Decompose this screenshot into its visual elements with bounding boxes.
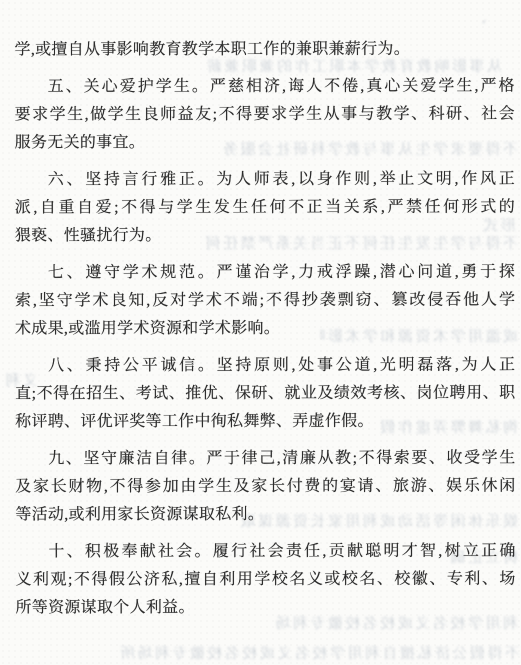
paragraph-item-5: 五、关心爱护学生。严慈相济,诲人不倦,真心关爱学生,严格要求学生,做学生良师益友… [15,73,515,158]
paragraph-item-8: 八、秉持公平诚信。坚持原则,处事公道,光明磊落,为人正直;不得在招生、考试、推优… [15,352,515,437]
text-line: 服务无关的事宜。 [15,129,515,158]
text-line: 七、遵守学术规范。严谨治学,力戒浮躁,潜心问道,勇于探 [15,259,515,288]
text-line: 五、关心爱护学生。严慈相济,诲人不倦,真心关爱学生,严格 [15,73,515,102]
paragraph-item-4-tail: 学,或擅自从事影响教育教学本职工作的兼职兼薪行为。 [14,36,514,65]
text-line: 称评聘、评优评奖等工作中徇私舞弊、弄虚作假。 [15,408,515,437]
bleedthrough-text: 、 [465,10,487,29]
paragraph-item-7: 七、遵守学术规范。严谨治学,力戒浮躁,潜心问道,勇于探索,坚守学术良知,反对学术… [15,259,515,344]
text-line: 学,或擅自从事影响教育教学本职工作的兼职兼薪行为。 [14,36,514,65]
text-line: 索,坚守学术良知,反对学术不端;不得抄袭剽窃、篡改侵吞他人学 [15,287,515,316]
text-line: 猥亵、性骚扰行为。 [15,222,515,251]
text-line: 等活动,或利用家长资源谋取私利。 [15,501,515,530]
text-line: 及家长财物,不得参加由学生及家长付费的宴请、旅游、娱乐休闲 [15,473,515,502]
text-line: 义利观;不得假公济私,擅自利用学校名义或校名、校徽、专利、场 [15,566,515,595]
bleedthrough-text: 不得假公济私擅自利用学校名义或校名校徽专利场所 [112,646,520,665]
document-body: 学,或擅自从事影响教育教学本职工作的兼职兼薪行为。五、关心爱护学生。严慈相济,诲… [14,36,515,632]
text-line: 九、坚守廉洁自律。严于律己,清廉从教;不得索要、收受学生 [15,445,515,474]
text-line: 所等资源谋取个人利益。 [15,594,515,623]
scanned-page: 从事影响教育教学本职工作的兼职兼薪不得要求学生从事与教学科研社会服务形式不得与学… [0,0,521,665]
paragraph-item-6: 六、坚持言行雅正。为人师表,以身作则,举止文明,作风正派,自重自爱;不得与学生发… [15,166,515,251]
paragraph-item-10: 十、积极奉献社会。履行社会责任,贡献聪明才智,树立正确义利观;不得假公济私,擅自… [15,538,515,623]
text-line: 要求学生,做学生良师益友;不得要求学生从事与教学、科研、社会 [15,101,515,130]
text-line: 术成果,或滥用学术资源和学术影响。 [15,315,515,344]
text-line: 十、积极奉献社会。履行社会责任,贡献聪明才智,树立正确 [15,538,515,567]
text-line: 派,自重自爱;不得与学生发生任何不正当关系,严禁任何形式的 [15,194,515,223]
text-line: 六、坚持言行雅正。为人师表,以身作则,举止文明,作风正 [15,166,515,195]
text-line: 八、秉持公平诚信。坚持原则,处事公道,光明磊落,为人正 [15,352,515,381]
text-line: 直;不得在招生、考试、推优、保研、就业及绩效考核、岗位聘用、职 [15,380,515,409]
paragraph-item-9: 九、坚守廉洁自律。严于律己,清廉从教;不得索要、收受学生及家长财物,不得参加由学… [15,445,515,530]
